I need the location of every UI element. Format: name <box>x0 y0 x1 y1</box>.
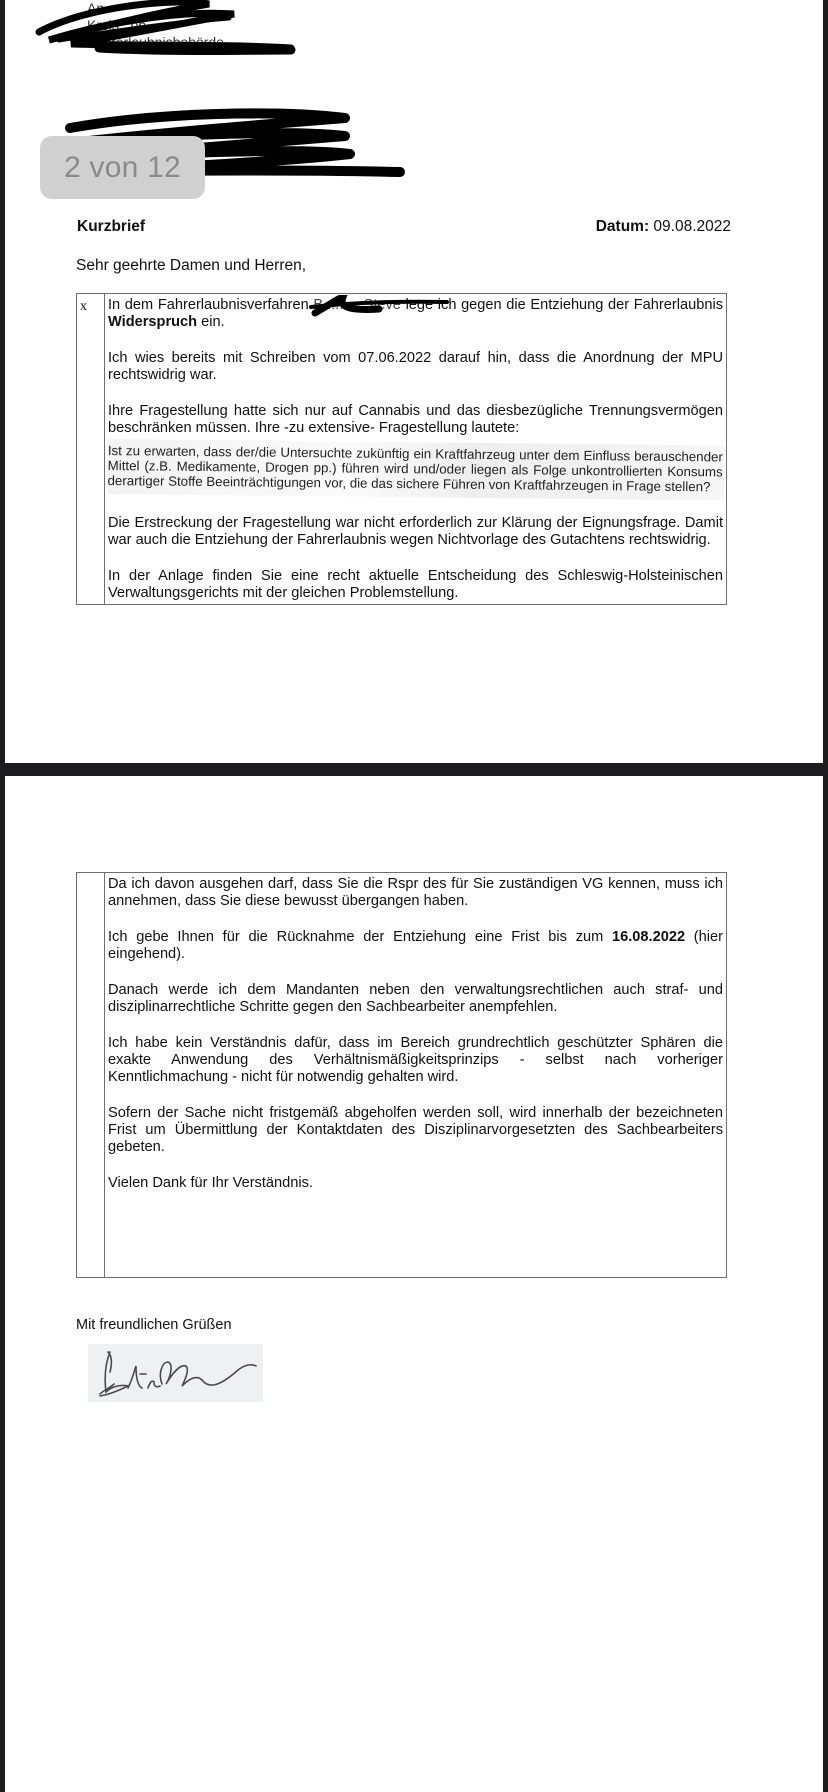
letter-body-table-2: Da ich davon ausgehen darf, dass Sie die… <box>76 872 727 1278</box>
paragraph: Ich habe kein Verständnis dafür, dass im… <box>108 1035 723 1086</box>
deadline-date: 16.08.2022 <box>612 929 685 945</box>
paragraph: Danach werde ich dem Mandanten neben den… <box>108 982 723 1016</box>
letter-body-cell: Da ich davon ausgehen darf, dass Sie die… <box>105 873 727 1278</box>
paragraph: Da ich davon ausgehen darf, dass Sie die… <box>108 876 723 910</box>
date-field: Datum: 09.08.2022 <box>596 218 731 236</box>
salutation: Sehr geehrte Damen und Herren, <box>76 257 306 275</box>
paragraph: Sofern der Sache nicht fristgemäß abgeho… <box>108 1105 723 1156</box>
redacted-name: B........, Steve <box>313 297 401 314</box>
date-label: Datum: <box>596 218 649 235</box>
letter-body-cell: In dem Fahrerlaubnisverfahren B........,… <box>105 294 727 605</box>
quoted-question-scan: Ist zu erwarten, dass der/die Untersucht… <box>107 439 725 500</box>
document-type: Kurzbrief <box>77 218 145 236</box>
recipient-address-block: An Kreis...on Fahrerlaubnisbehörde <box>87 0 224 51</box>
paragraph-objection: In dem Fahrerlaubnisverfahren B........,… <box>108 297 723 331</box>
letter-heading: Kurzbrief Datum: 09.08.2022 <box>77 218 731 236</box>
document-page-2: Da ich davon ausgehen darf, dass Sie die… <box>5 776 823 1792</box>
address-line: Kreis...on <box>87 17 224 34</box>
paragraph: In der Anlage finden Sie eine recht aktu… <box>108 568 723 602</box>
document-page-1: An Kreis...on Fahrerlaubnisbehörde 2 von… <box>5 0 823 763</box>
address-line: Fahrerlaubnisbehörde <box>87 34 224 51</box>
letter-body-table-1: x In dem Fahrerlaubnisverfahren B.......… <box>76 293 727 605</box>
checkbox-mark: x <box>77 294 105 605</box>
redaction-scribble-name <box>309 295 449 319</box>
paragraph: Vielen Dank für Ihr Verständnis. <box>108 1175 723 1192</box>
keyword-widerspruch: Widerspruch <box>108 314 197 330</box>
paragraph-deadline: Ich gebe Ihnen für die Rücknahme der Ent… <box>108 929 723 963</box>
date-value: 09.08.2022 <box>653 218 731 235</box>
checkbox-cell-empty <box>77 873 105 1278</box>
paragraph: Die Erstreckung der Fragestellung war ni… <box>108 515 723 549</box>
signature-image <box>88 1344 263 1402</box>
address-line: An <box>87 0 224 17</box>
closing-phrase: Mit freundlichen Grüßen <box>76 1317 232 1333</box>
paragraph: Ich wies bereits mit Schreiben vom 07.06… <box>108 350 723 384</box>
signature-icon <box>88 1344 263 1402</box>
page-indicator: 2 von 12 <box>40 136 205 199</box>
paragraph: Ihre Fragestellung hatte sich nur auf Ca… <box>108 403 723 437</box>
